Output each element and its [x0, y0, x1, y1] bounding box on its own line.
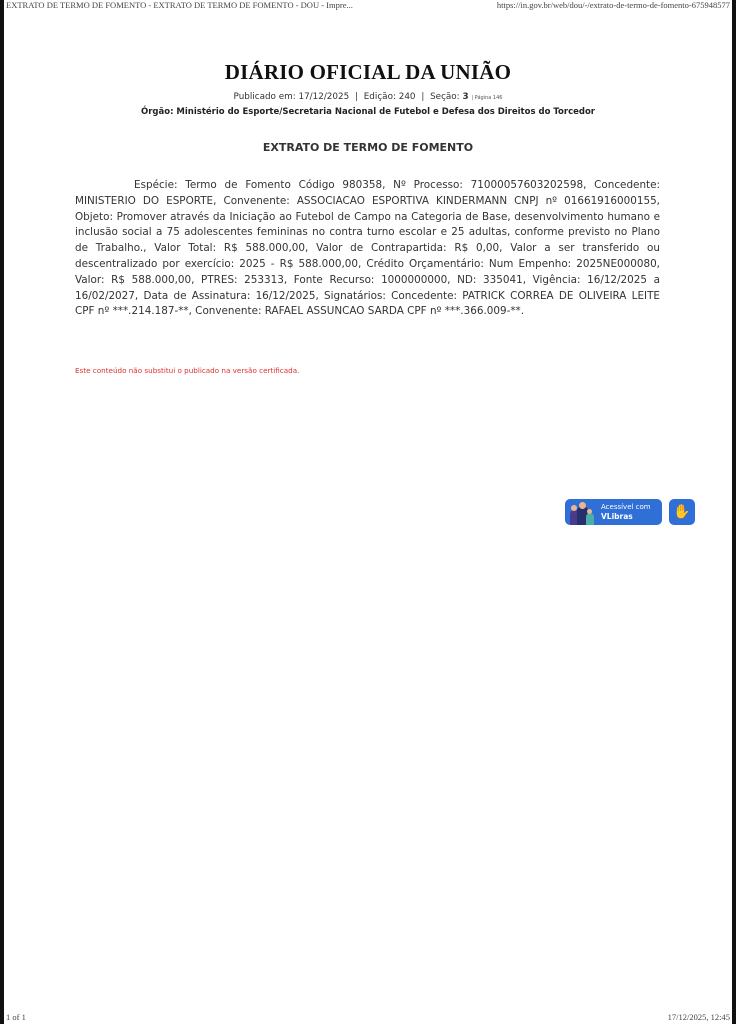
masthead: DIÁRIO OFICIAL DA UNIÃO Publicado em: 17… [0, 60, 736, 117]
newspaper-title: DIÁRIO OFICIAL DA UNIÃO [0, 60, 736, 85]
organ: Órgão: Ministério do Esporte/Secretaria … [0, 107, 736, 117]
vlibras-button[interactable]: Acessível com VLibras [565, 499, 662, 525]
print-header: EXTRATO DE TERMO DE FOMENTO - EXTRATO DE… [6, 0, 730, 12]
document-body: Espécie: Termo de Fomento Código 980358,… [75, 178, 660, 320]
published-date: 17/12/2025 [298, 92, 349, 102]
sign-language-hands-icon: ✋ [673, 504, 690, 520]
print-header-title: EXTRATO DE TERMO DE FOMENTO - EXTRATO DE… [6, 0, 353, 10]
separator: | [355, 92, 358, 102]
document-title: EXTRATO DE TERMO DE FOMENTO [0, 141, 736, 154]
page-count: 1 of 1 [6, 1012, 26, 1022]
section-number: 3 [462, 92, 468, 102]
publication-info: Publicado em: 17/12/2025 | Edição: 240 |… [0, 92, 736, 102]
print-footer: 1 of 1 17/12/2025, 12:45 [6, 1012, 730, 1024]
page-info: | Página 146 [471, 95, 502, 101]
published-label: Publicado em: [234, 92, 296, 102]
vlibras-avatars-icon [565, 499, 597, 525]
print-header-url: https://in.gov.br/web/dou/-/extrato-de-t… [497, 0, 730, 10]
edition-number: 240 [399, 92, 416, 102]
section-label: Seção: [430, 92, 460, 102]
page-label: Página [475, 95, 492, 101]
print-datetime: 17/12/2025, 12:45 [668, 1012, 730, 1022]
separator: | [421, 92, 424, 102]
disclaimer: Este conteúdo não substitui o publicado … [75, 366, 299, 375]
sign-language-button[interactable]: ✋ [669, 499, 695, 525]
edition-label: Edição: [364, 92, 396, 102]
page-number: 146 [493, 95, 503, 101]
vlibras-label: Acessível com VLibras [601, 503, 651, 521]
